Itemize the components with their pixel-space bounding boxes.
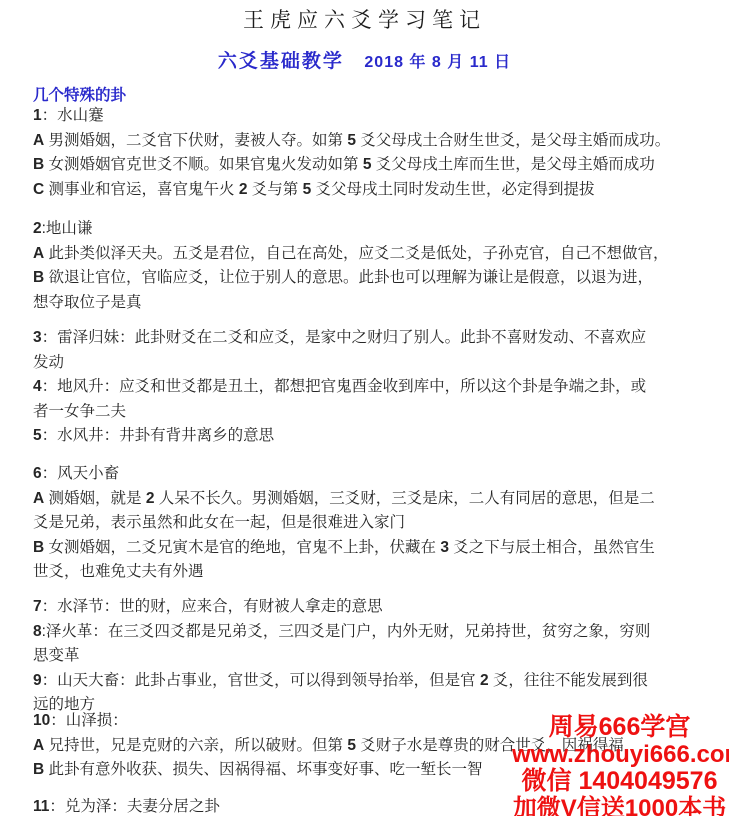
section-heading: 几个特殊的卦: [33, 83, 126, 105]
watermark-url: www.zhouyi666.com: [512, 741, 727, 768]
text-line: 3：雷泽归妹：此卦财爻在二爻和应爻，是家中之财归了别人。此卦不喜财发动、不喜欢应: [33, 326, 729, 351]
section-shuishanjian: 1：水山蹇 A 男测婚姻，二爻官下伏财，妻被人夺。如第 5 爻父母戌土合财生世爻…: [33, 104, 729, 202]
text-line: B 女测婚姻官克世爻不顺。如果官鬼火发动如第 5 爻父母戌土库而生世，是父母主婚…: [33, 153, 729, 178]
text-line: 世爻，也难免丈夫有外遇: [33, 560, 729, 585]
text-line: A 测婚姻，就是 2 人呆不长久。男测婚姻，三爻财，三爻是床，二人有同居的意思，…: [33, 487, 729, 512]
document-page: 王虎应六爻学习笔记 六爻基础教学 2018 年 8 月 11 日 几个特殊的卦 …: [0, 0, 729, 816]
text-line: 7：水泽节：世的财，应来合，有财被人拿走的意思: [33, 595, 729, 620]
watermark-wechat: 微信 1404049576: [512, 768, 727, 795]
text-line: A 男测婚姻，二爻官下伏财，妻被人夺。如第 5 爻父母戌土合财生世爻，是父母主婚…: [33, 129, 729, 154]
text-line: 9：山天大畜：此卦占事业，官世爻，可以得到领导抬举，但是官 2 爻，往往不能发展…: [33, 669, 729, 694]
text-line: 爻是兄弟，表示虽然和此女在一起，但是很难进入家门: [33, 511, 729, 536]
section-jie-ge-daxu: 7：水泽节：世的财，应来合，有财被人拿走的意思 8:泽火革：在三爻四爻都是兄弟爻…: [33, 595, 729, 718]
text-line: 2:地山谦: [33, 217, 729, 242]
section-guimei-sheng-jing: 3：雷泽归妹：此卦财爻在二爻和应爻，是家中之财归了别人。此卦不喜财发动、不喜欢应…: [33, 326, 729, 449]
text-line: 6：风天小畜: [33, 462, 729, 487]
text-line: 思变革: [33, 644, 729, 669]
text-line: B 女测婚姻，二爻兄寅木是官的绝地，官鬼不上卦，伏藏在 3 爻之下与辰土相合，虽…: [33, 536, 729, 561]
text-line: 者一女争二夫: [33, 400, 729, 425]
subtitle-date: 2018 年 8 月 11 日: [364, 54, 511, 71]
text-line: 8:泽火革：在三爻四爻都是兄弟爻，三四爻是门户，内外无财，兄弟持世，贫穷之象，穷…: [33, 620, 729, 645]
watermark-promo: 加微V信送1000本书: [512, 795, 727, 816]
text-line: 5：水风井：井卦有背井离乡的意思: [33, 424, 729, 449]
text-line: 发动: [33, 351, 729, 376]
subtitle: 六爻基础教学 2018 年 8 月 11 日: [0, 46, 729, 73]
watermark-brand: 周易666学宫: [512, 714, 727, 741]
text-line: B 欲退让官位，官临应爻，让位于别人的意思。此卦也可以理解为谦让是假意，以退为进…: [33, 266, 729, 291]
page-title: 王虎应六爻学习笔记: [0, 4, 729, 34]
text-line: 想夺取位子是真: [33, 291, 729, 316]
text-line: A 此卦类似泽天夬。五爻是君位，自己在高处，应爻二爻是低处，子孙克官，自己不想做…: [33, 242, 729, 267]
subtitle-text: 六爻基础教学: [218, 51, 344, 72]
text-line: 4：地风升：应爻和世爻都是丑土，都想把官鬼酉金收到库中，所以这个卦是争端之卦，或: [33, 375, 729, 400]
text-line: C 测事业和官运，喜官鬼午火 2 爻与第 5 爻父母戌土同时发动生世，必定得到提…: [33, 178, 729, 203]
section-dishanqian: 2:地山谦 A 此卦类似泽天夬。五爻是君位，自己在高处，应爻二爻是低处，子孙克官…: [33, 217, 729, 315]
watermark: 周易666学宫 www.zhouyi666.com 微信 1404049576 …: [512, 714, 727, 816]
text-line: 1：水山蹇: [33, 104, 729, 129]
section-fengtianxiaoxu: 6：风天小畜 A 测婚姻，就是 2 人呆不长久。男测婚姻，三爻财，三爻是床，二人…: [33, 462, 729, 585]
